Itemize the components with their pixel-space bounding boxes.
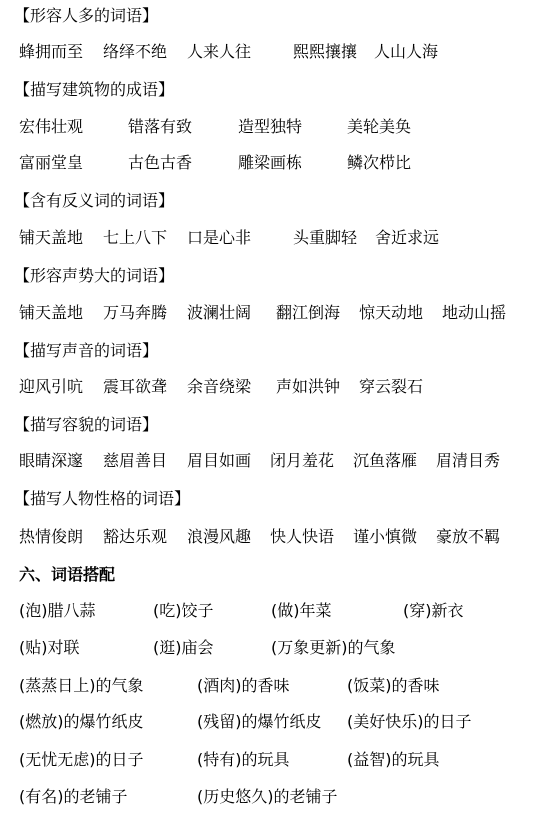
collocation-item: (万象更新)的气象 xyxy=(271,638,396,658)
collocation-item: (逛)庙会 xyxy=(153,638,214,658)
collocation-item: (贴)对联 xyxy=(19,638,80,658)
idiom-item: 头重脚轻 xyxy=(293,228,357,248)
idiom-item: 穿云裂石 xyxy=(359,377,423,397)
idiom-item: 万马奔腾 xyxy=(103,303,167,323)
idiom-item: 人来人往 xyxy=(187,42,251,62)
collocation-item: (特有)的玩具 xyxy=(197,750,290,770)
section-heading-line: 【描写声音的词语】 xyxy=(0,341,557,363)
idiom-item: 造型独特 xyxy=(238,117,302,137)
section-heading-line: 【描写建筑物的成语】 xyxy=(0,80,557,102)
idiom-item: 舍近求远 xyxy=(375,228,439,248)
idiom-item: 波澜壮阔 xyxy=(187,303,251,323)
idiom-item: 蜂拥而至 xyxy=(19,42,83,62)
collocation-row: (贴)对联(逛)庙会(万象更新)的气象 xyxy=(0,638,557,660)
idiom-item: 铺天盖地 xyxy=(19,228,83,248)
idiom-item: 眼睛深邃 xyxy=(19,451,83,471)
collocation-row: (燃放)的爆竹纸皮(残留)的爆竹纸皮(美好快乐)的日子 xyxy=(0,712,557,734)
idiom-item: 声如洪钟 xyxy=(276,377,340,397)
idiom-item: 眉清目秀 xyxy=(436,451,500,471)
collocation-item: (穿)新衣 xyxy=(403,601,464,621)
idiom-row: 蜂拥而至络绎不绝人来人往熙熙攘攘人山人海 xyxy=(0,42,557,64)
idiom-item: 熙熙攘攘 xyxy=(293,42,357,62)
section-heading-line: 【描写容貌的词语】 xyxy=(0,415,557,437)
idiom-row: 铺天盖地万马奔腾波澜壮阔翻江倒海惊天动地地动山摇 xyxy=(0,303,557,325)
section-heading: 【描写容貌的词语】 xyxy=(14,415,158,435)
idiom-item: 古色古香 xyxy=(128,153,192,173)
idiom-item: 闭月羞花 xyxy=(270,451,334,471)
idiom-item: 快人快语 xyxy=(270,527,334,547)
collocation-row: (有名)的老铺子(历史悠久)的老铺子 xyxy=(0,787,557,809)
idiom-item: 口是心非 xyxy=(187,228,251,248)
idiom-item: 宏伟壮观 xyxy=(19,117,83,137)
idiom-item: 地动山摇 xyxy=(442,303,506,323)
collocation-row: (蒸蒸日上)的气象(酒肉)的香味(饭菜)的香味 xyxy=(0,676,557,698)
idiom-item: 眉目如画 xyxy=(187,451,251,471)
idiom-item: 错落有致 xyxy=(128,117,192,137)
idiom-row: 富丽堂皇古色古香雕梁画栋鳞次栉比 xyxy=(0,153,557,175)
idiom-row: 迎风引吭震耳欲聋余音绕梁声如洪钟穿云裂石 xyxy=(0,377,557,399)
section-heading: 【描写建筑物的成语】 xyxy=(14,80,174,100)
section-heading: 【形容人多的词语】 xyxy=(14,6,158,26)
section-heading-line: 【形容声势大的词语】 xyxy=(0,266,557,288)
collocation-item: (历史悠久)的老铺子 xyxy=(197,787,338,807)
idiom-item: 谨小慎微 xyxy=(353,527,417,547)
section-heading: 【描写声音的词语】 xyxy=(14,341,158,361)
section-heading-line: 【描写人物性格的词语】 xyxy=(0,489,557,511)
collocation-row: (无忧无虑)的日子(特有)的玩具(益智)的玩具 xyxy=(0,750,557,772)
collocation-item: (燃放)的爆竹纸皮 xyxy=(19,712,144,732)
collocation-item: (美好快乐)的日子 xyxy=(347,712,472,732)
idiom-item: 豪放不羁 xyxy=(436,527,500,547)
idiom-item: 余音绕梁 xyxy=(187,377,251,397)
idiom-item: 沉鱼落雁 xyxy=(353,451,417,471)
idiom-item: 翻江倒海 xyxy=(276,303,340,323)
collocation-item: (饭菜)的香味 xyxy=(347,676,440,696)
idiom-row: 铺天盖地七上八下口是心非头重脚轻舍近求远 xyxy=(0,228,557,250)
idiom-item: 惊天动地 xyxy=(359,303,423,323)
idiom-row: 眼睛深邃慈眉善目眉目如画闭月羞花沉鱼落雁眉清目秀 xyxy=(0,451,557,473)
idiom-item: 豁达乐观 xyxy=(103,527,167,547)
idiom-row: 热情俊朗豁达乐观浪漫风趣快人快语谨小慎微豪放不羁 xyxy=(0,527,557,549)
collocation-item: (有名)的老铺子 xyxy=(19,787,128,807)
idiom-item: 浪漫风趣 xyxy=(187,527,251,547)
collocation-item: (无忧无虑)的日子 xyxy=(19,750,144,770)
collocation-item: (蒸蒸日上)的气象 xyxy=(19,676,144,696)
part-title-line: 六、词语搭配 xyxy=(0,565,557,587)
section-heading: 【描写人物性格的词语】 xyxy=(14,489,190,509)
part-title: 六、词语搭配 xyxy=(19,565,115,585)
collocation-row: (泡)腊八蒜(吃)饺子(做)年菜(穿)新衣 xyxy=(0,601,557,623)
idiom-item: 震耳欲聋 xyxy=(103,377,167,397)
idiom-row: 宏伟壮观错落有致造型独特美轮美奂 xyxy=(0,117,557,139)
idiom-item: 七上八下 xyxy=(103,228,167,248)
collocation-item: (做)年菜 xyxy=(271,601,332,621)
idiom-item: 美轮美奂 xyxy=(347,117,411,137)
collocation-item: (残留)的爆竹纸皮 xyxy=(197,712,322,732)
idiom-item: 人山人海 xyxy=(374,42,438,62)
section-heading: 【形容声势大的词语】 xyxy=(14,266,174,286)
idiom-item: 富丽堂皇 xyxy=(19,153,83,173)
idiom-item: 雕梁画栋 xyxy=(238,153,302,173)
idiom-item: 络绎不绝 xyxy=(103,42,167,62)
collocation-item: (益智)的玩具 xyxy=(347,750,440,770)
collocation-item: (泡)腊八蒜 xyxy=(19,601,96,621)
idiom-item: 热情俊朗 xyxy=(19,527,83,547)
section-heading: 【含有反义词的词语】 xyxy=(14,191,174,211)
idiom-item: 铺天盖地 xyxy=(19,303,83,323)
idiom-item: 迎风引吭 xyxy=(19,377,83,397)
idiom-item: 鳞次栉比 xyxy=(347,153,411,173)
collocation-item: (酒肉)的香味 xyxy=(197,676,290,696)
idiom-item: 慈眉善目 xyxy=(103,451,167,471)
collocation-item: (吃)饺子 xyxy=(153,601,214,621)
section-heading-line: 【形容人多的词语】 xyxy=(0,6,557,28)
section-heading-line: 【含有反义词的词语】 xyxy=(0,191,557,213)
